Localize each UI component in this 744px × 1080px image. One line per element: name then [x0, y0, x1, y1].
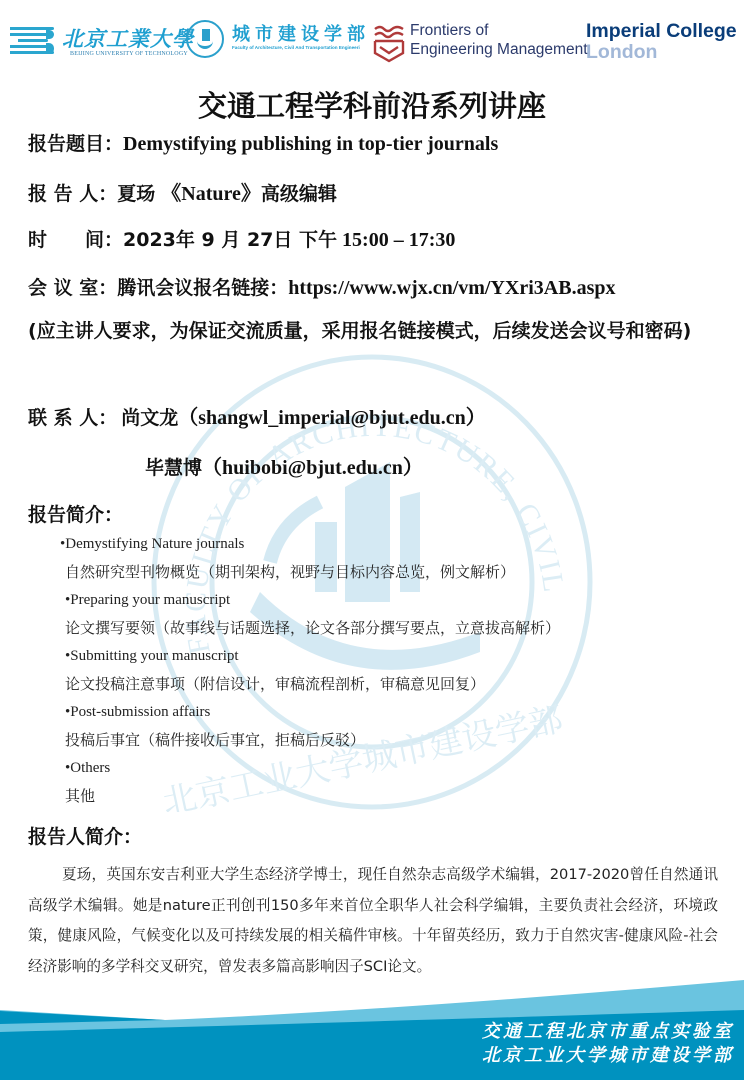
- bio-heading: 报告人简介：: [28, 822, 142, 849]
- bjut-emblem-icon: [10, 27, 56, 57]
- page-title: 交通工程学科前沿系列讲座: [0, 84, 744, 125]
- speaker-name: 夏玚: [117, 183, 155, 205]
- contact-name-2: 毕慧博: [145, 457, 202, 479]
- contact-email-2[interactable]: （huibobi@bjut.edu.cn）: [202, 457, 423, 479]
- outline-item-en: •Post-submission affairs: [60, 698, 660, 726]
- footer-line2: 北京工业大学城市建设学部: [482, 1044, 734, 1068]
- fem-line2: Engineering Management: [410, 40, 588, 59]
- footer-org-text: 交通工程北京市重点实验室 北京工业大学城市建设学部: [482, 1020, 734, 1068]
- bjut-name-en: BEIJING UNIVERSITY OF TECHNOLOGY: [70, 51, 188, 57]
- outline-item-en: •Submitting your manuscript: [60, 642, 660, 670]
- topic-row: 报告题目：Demystifying publishing in top-tier…: [28, 129, 498, 156]
- fem-name: Frontiers of Engineering Management: [410, 21, 588, 59]
- bio-text: 夏玚，英国东安吉利亚大学生态经济学博士，现任自然杂志高级学术编辑，2017-20…: [28, 860, 718, 982]
- outline-item-cn: 论文撰写要领（故事线与话题选择，论文各部分撰写要点，立意拔高解析）: [60, 614, 660, 642]
- speaker-title: 高级编辑: [261, 183, 337, 205]
- imperial-line2: London: [586, 42, 744, 62]
- outline-item-cn: 自然研究型刊物概览（期刊架构，视野与目标内容总览，例文解析）: [60, 558, 660, 586]
- bjut-logo: 北京工業大學 BEIJING UNIVERSITY OF TECHNOLOGY: [10, 23, 175, 63]
- fem-logo: Frontiers of Engineering Management: [372, 21, 584, 65]
- outline-item-cn: 论文投稿注意事项（附信设计，审稿流程剖析，审稿意见回复）: [60, 670, 660, 698]
- outline-item-cn: 其他: [60, 782, 660, 810]
- imperial-logo: Imperial College London: [586, 20, 744, 66]
- fem-emblem-icon: [372, 23, 406, 63]
- bjut-name-cn: 北京工業大學: [62, 23, 194, 53]
- speaker-journal: 《Nature》: [161, 183, 261, 205]
- contact-row: 联 系 人：尚文龙（shangwl_imperial@bjut.edu.cn）: [28, 401, 486, 430]
- faculty-seal-icon: [186, 20, 224, 58]
- room-note: (应主讲人要求，为保证交流质量，采用报名链接模式，后续发送会议号和密码): [28, 312, 718, 350]
- time-row: 时 间：2023年 9 月 27日 下午 15:00 – 17:30: [28, 225, 455, 252]
- header-logos: 北京工業大學 BEIJING UNIVERSITY OF TECHNOLOGY …: [0, 18, 744, 68]
- topic-label: 报告题目：: [28, 133, 123, 155]
- outline-item-cn: 投稿后事宜（稿件接收后事宜，拒稿后反驳）: [60, 726, 660, 754]
- registration-link[interactable]: https://www.wjx.cn/vm/YXri3AB.aspx: [288, 277, 615, 299]
- topic-value: Demystifying publishing in top-tier jour…: [123, 133, 498, 155]
- time-label: 时 间：: [28, 229, 123, 251]
- room-note-text: (应主讲人要求，为保证交流质量，采用报名链接模式，后续发送会议号和密码): [28, 320, 691, 342]
- outline-item-en: •Demystifying Nature journals: [60, 530, 660, 558]
- contact-row-2: 毕慧博（huibobi@bjut.edu.cn）: [145, 451, 423, 480]
- fem-line1: Frontiers of: [410, 21, 588, 40]
- contact-email-1[interactable]: （shangwl_imperial@bjut.edu.cn）: [178, 407, 486, 429]
- contact-label: 联 系 人：: [28, 407, 117, 429]
- time-range: 15:00 – 17:30: [342, 229, 455, 251]
- footer-line1: 交通工程北京市重点实验室: [482, 1020, 734, 1044]
- faculty-name-en: Faculty of Architecture, Civil And Trans…: [232, 45, 360, 50]
- faculty-logo: 城市建设学部 Faculty of Architecture, Civil An…: [186, 20, 371, 66]
- outline-item-en: •Preparing your manuscript: [60, 586, 660, 614]
- outline-item-en: •Others: [60, 754, 660, 782]
- room-row: 会 议 室：腾讯会议报名链接：https://www.wjx.cn/vm/YXr…: [28, 273, 616, 300]
- faculty-name-cn: 城市建设学部: [232, 20, 370, 46]
- outline-list: •Demystifying Nature journals 自然研究型刊物概览（…: [60, 530, 660, 810]
- room-desc: 腾讯会议报名链接：: [117, 277, 288, 299]
- speaker-label: 报 告 人：: [28, 183, 117, 205]
- room-label: 会 议 室：: [28, 277, 117, 299]
- time-date: 2023年 9 月 27日 下午: [123, 229, 337, 251]
- contact-name-1: 尚文龙: [121, 407, 178, 429]
- outline-heading: 报告简介：: [28, 500, 123, 527]
- speaker-row: 报 告 人：夏玚《Nature》高级编辑: [28, 177, 337, 206]
- imperial-line1: Imperial College: [586, 20, 744, 42]
